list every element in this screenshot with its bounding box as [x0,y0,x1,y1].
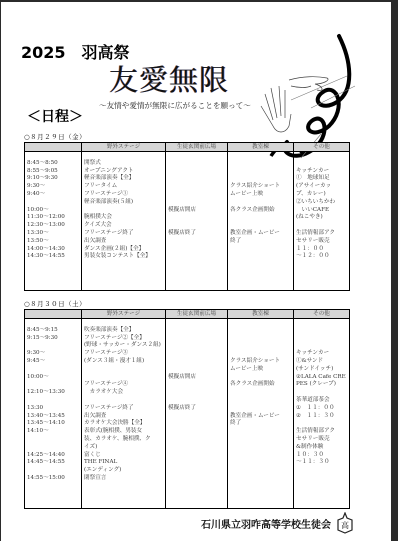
cell-line [168,175,227,183]
cell-line: ムービー上映 [230,366,293,374]
cell-line [230,405,293,413]
cell-line: 11:30～12:00 [27,214,81,222]
cell-line: 各クラス企画開始 [230,207,293,215]
cell-line [27,467,81,475]
cell-line [230,428,293,436]
cell-line [168,246,227,254]
cell-line [230,168,293,176]
cell-line: クラス紹介ショート [230,183,293,191]
cell-line [168,459,227,467]
cell-line: ムービー上映 [230,191,293,199]
cell-line: PES (クレープ) [296,381,349,389]
col-classroom-header: 教室棟 [228,143,294,152]
cell-line: 14:30～14:55 [27,253,81,261]
cell-line [168,183,227,191]
cell-line: 開祭式 [84,160,165,168]
cell-line: キッチンカー [296,350,349,358]
cell-line: 教室企画・ムービー [230,230,293,238]
other-cell: キッチンカー① 地球知足(アサイーカップ、カレー)②いちいちかわ いいCAFE(… [294,152,350,291]
cell-line: 14:45～14:55 [27,459,81,467]
cell-line: 茶華道部茶会 [296,397,349,405]
col-time-header [25,310,82,319]
day2-label: ○８月３０日（土） [24,299,86,308]
cell-line: (ダンス３組・漫才１組) [84,358,165,366]
cell-line [168,428,227,436]
cell-line [230,444,293,452]
cell-line: 生活情報部アク [296,428,349,436]
cell-line: 13:50～ [27,238,81,246]
cell-line: 14:25～14:40 [27,452,81,460]
cell-line: 13:45～14:10 [27,420,81,428]
cell-line: 模擬店開店 [168,374,227,382]
cell-line: (エンディング) [84,467,165,475]
theme-subtitle: ～友情や愛情が無限に広がることを願って～ [99,100,251,111]
cell-line: 生活情報部アク [296,230,349,238]
cell-line: 吹奏楽部演奏【全】 [84,327,165,335]
table-header-row: 野外ステージ 生徒玄関前広場 教室棟 その他 [25,310,350,319]
cell-line: ～１１：３０ [296,459,349,467]
cell-line [168,342,227,350]
cell-line: カラオケ大会 [84,389,165,397]
time-cell: 8:45～8:508:55～9:059:10～9:309:30～9:40～10:… [25,152,82,291]
cell-line [296,475,349,483]
cell-line: 12:10～13:30 [27,389,81,397]
table-row: 8:45～8:508:55～9:059:10～9:309:30～9:40～10:… [25,152,350,291]
cell-line [168,160,227,168]
cell-line [168,222,227,230]
cell-line: ① １１：００ [296,405,349,413]
cell-line [168,413,227,421]
col-other-header: その他 [294,143,350,152]
cell-line [230,199,293,207]
cell-line [230,397,293,405]
schedule-table-day1: 野外ステージ 生徒玄関前広場 教室棟 その他 8:45～8:508:55～9:0… [24,142,350,291]
cell-line: 軽音楽部演奏(５組) [84,199,165,207]
school-emblem-icon: 高 [336,512,354,534]
time-cell: 8:45～9:159:15～9:309:30～9:45～10:00～12:10～… [25,319,82,509]
cell-line [296,152,349,160]
cell-line: プ、カレー) [296,191,349,199]
cell-line [168,358,227,366]
cell-line [230,467,293,475]
cell-line: 13:30 [27,405,81,413]
cell-line [296,420,349,428]
cell-line: 終了 [230,238,293,246]
document-page: 2025 羽高祭 友愛無限 ～友情や愛情が無限に広がることを願って～ ＜日程＞ … [0,0,391,541]
cell-line: 出欠調査 [84,238,165,246]
col-entrance-plaza-header: 生徒玄関前広場 [166,143,228,152]
col-time-header [25,143,82,152]
cell-line: (アサイーカッ [296,183,349,191]
cell-line [168,191,227,199]
cell-line [168,397,227,405]
table-header-row: 野外ステージ 生徒玄関前広場 教室棟 その他 [25,143,350,152]
cell-line [230,214,293,222]
cell-line [27,342,81,350]
outdoor-stage-cell: 吹奏楽部演奏【全】フリーステージ②【全】(野球・サッカー・ダンス２組)フリーステ… [82,319,166,509]
cell-line [296,389,349,397]
cell-line [230,475,293,483]
cell-line [296,335,349,343]
cell-line: 8:55～9:05 [27,168,81,176]
cell-line [27,436,81,444]
cell-line [168,327,227,335]
schedule-table-day2: 野外ステージ 生徒玄関前広場 教室棟 その他 8:45～9:159:15～9:3… [24,309,350,509]
cell-line: 14:55～15:00 [27,475,81,483]
cell-line [230,152,293,160]
cell-line: 各クラス企画開始 [230,381,293,389]
cell-line: 9:40～ [27,191,81,199]
cell-line: フリーステージ④ [84,381,165,389]
cell-line [230,327,293,335]
table-row: 8:45～9:159:15～9:309:30～9:45～10:00～12:10～… [25,319,350,509]
cell-line: 装、カラオケ、腕相撲、ク [84,436,165,444]
cell-line: クイズ大会 [84,222,165,230]
cell-line [168,436,227,444]
cell-line [230,335,293,343]
cell-line: フリーステージ① [84,191,165,199]
cell-line [230,319,293,327]
cell-line: 模擬店終了 [168,230,227,238]
col-entrance-plaza-header: 生徒玄関前広場 [166,310,228,319]
cell-line [296,319,349,327]
cell-line: ②いちいちかわ [296,199,349,207]
cell-line: フリーステージ終了 [84,230,165,238]
svg-text:高: 高 [341,520,349,530]
cell-line [168,381,227,389]
cell-line: 8:45～9:15 [27,327,81,335]
cell-line: THE FINAL [84,459,165,467]
cell-line [230,160,293,168]
cell-line [168,420,227,428]
classroom-cell: クラス紹介ショートムービー上映各クラス企画開始教室企画・ムービー終了 [228,152,294,291]
cell-line: 12:30～13:00 [27,222,81,230]
cell-line: ② １１：３０ [296,413,349,421]
col-other-header: その他 [294,310,350,319]
cell-line: カラオケ大会決勝【全】 [84,420,165,428]
cell-line [84,366,165,374]
cell-line: (サンドイッチ) [296,366,349,374]
cell-line [168,238,227,246]
cell-line [168,199,227,207]
outdoor-stage-cell: 開祭式オープニングアクト軽音楽部演奏【全】フリータイムフリーステージ①軽音楽部演… [82,152,166,291]
cell-line [230,389,293,397]
cell-line [84,397,165,405]
cell-line: 9:45～ [27,358,81,366]
cell-line [168,467,227,475]
cell-line [168,253,227,261]
cell-line: 13:30～ [27,230,81,238]
classroom-cell: クラス紹介ショートムービー上映各クラス企画開始教室企画・ムービー終了 [228,319,294,509]
cell-line: 10:00～ [27,374,81,382]
cell-line [168,152,227,160]
cell-line [230,350,293,358]
cell-line: 10:00～ [27,207,81,215]
festival-theme: 友愛無限 [109,58,229,99]
cell-line: クラス紹介ショート [230,358,293,366]
cell-line [168,319,227,327]
cell-line [84,152,165,160]
cell-line [27,199,81,207]
other-cell: キッチンカー①&サンド(サンドイッチ)②LALA Cafe CREPES (クレ… [294,319,350,509]
window-edge [391,0,398,541]
cell-line [84,319,165,327]
cell-line: 表彰式(腕相撲、男装女 [84,428,165,436]
cell-line [230,246,293,254]
cell-line [27,319,81,327]
col-outdoor-stage-header: 野外ステージ [82,310,166,319]
cell-line [296,327,349,335]
cell-line [168,366,227,374]
student-council-name: 石川県立羽咋高等学校生徒会 [201,516,331,531]
col-outdoor-stage-header: 野外ステージ [82,143,166,152]
cell-line: 模擬店開店 [168,207,227,215]
cell-line [27,152,81,160]
cell-line [168,475,227,483]
cell-line: イズ) [84,444,165,452]
cell-line [296,222,349,230]
cell-line: 富くじ [84,452,165,460]
cell-line: 14:10～ [27,428,81,436]
entrance-plaza-cell: 模擬店開店模擬店終了 [166,152,228,291]
cell-line: 9:30～ [27,350,81,358]
cell-line: 9:10～9:30 [27,175,81,183]
cell-line [168,214,227,222]
cell-line: 模擬店終了 [168,405,227,413]
cell-line [296,467,349,475]
cell-line: 閉祭宣言 [84,475,165,483]
cell-line [230,459,293,467]
cell-line: セサリー販売 [296,238,349,246]
cell-line [27,444,81,452]
cell-line [168,335,227,343]
cell-line: 8:45～8:50 [27,160,81,168]
cell-line [230,253,293,261]
cell-line: ～１２：００ [296,253,349,261]
cell-line: セサリー販売 [296,436,349,444]
cell-line: &制作体験 [296,444,349,452]
cell-line [27,381,81,389]
cell-line: 9:30～ [27,183,81,191]
cell-line [168,389,227,397]
cell-line [230,436,293,444]
cell-line: 9:15～9:30 [27,335,81,343]
cell-line [230,222,293,230]
col-classroom-header: 教室棟 [228,310,294,319]
cell-line [230,342,293,350]
cell-line: 男装女装コンテスト【全】 [84,253,165,261]
cell-line [296,160,349,168]
cell-line [27,366,81,374]
cell-line [27,397,81,405]
cell-line: 13:40～13:45 [27,413,81,421]
cell-line [168,452,227,460]
cell-line: フリーステージ終了 [84,405,165,413]
schedule-heading: ＜日程＞ [27,106,83,126]
cell-line: フリータイム [84,183,165,191]
day1-label: ○８月２９日（金） [24,132,86,141]
cell-line: 腕相撲大会 [84,214,165,222]
cell-line: (ねこやき) [296,214,349,222]
cell-line: ①&サンド [296,358,349,366]
cell-line [230,452,293,460]
cell-line: 14:00～14:30 [27,246,81,254]
cell-line [168,350,227,358]
entrance-plaza-cell: 模擬店開店模擬店終了 [166,319,228,509]
cell-line [168,168,227,176]
cell-line: 終了 [230,420,293,428]
cell-line [168,444,227,452]
cell-line: フリーステージ③ [84,350,165,358]
